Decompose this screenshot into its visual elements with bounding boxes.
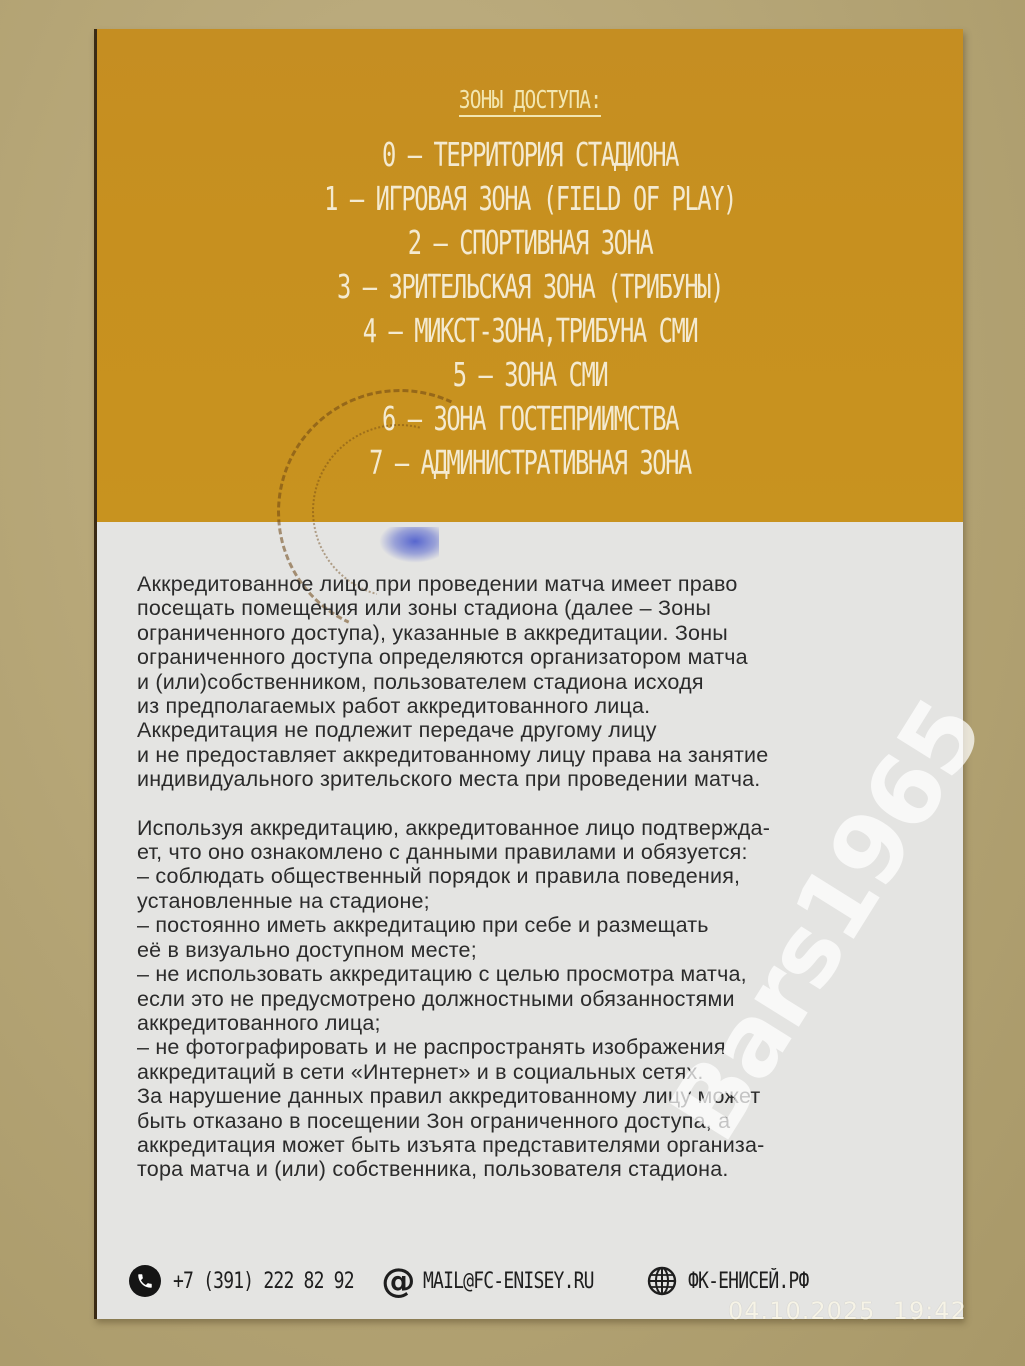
zones-title: ЗОНЫ ДОСТУПА: xyxy=(192,85,867,114)
contact-email: @ MAIL@FC-ENISEY.RU xyxy=(381,1264,631,1298)
accreditation-card: ЗОНЫ ДОСТУПА: 0 – ТЕРРИТОРИЯ СТАДИОНА 1 … xyxy=(94,29,963,1319)
zones-title-text: ЗОНЫ ДОСТУПА: xyxy=(459,85,601,117)
access-zones-band: ЗОНЫ ДОСТУПА: 0 – ТЕРРИТОРИЯ СТАДИОНА 1 … xyxy=(97,29,963,522)
phone-number: +7 (391) 222 82 92 xyxy=(173,1269,354,1294)
zone-item-4: 4 – МИКСТ-ЗОНА,ТРИБУНА СМИ xyxy=(218,309,842,353)
photo-timestamp: 04.10.2025 19:42 xyxy=(728,1297,967,1325)
contact-phone: +7 (391) 222 82 92 xyxy=(129,1265,393,1297)
contact-footer: +7 (391) 222 82 92 @ MAIL@FC-ENISEY.RU Ф… xyxy=(129,1261,949,1301)
contact-website: ФК-ЕНИСЕЙ.РФ xyxy=(646,1265,835,1297)
zone-item-0: 0 – ТЕРРИТОРИЯ СТАДИОНА xyxy=(218,133,842,177)
globe-icon xyxy=(646,1265,678,1297)
zones-list: 0 – ТЕРРИТОРИЯ СТАДИОНА 1 – ИГРОВАЯ ЗОНА… xyxy=(97,133,963,485)
at-icon: @ xyxy=(381,1264,415,1298)
zone-item-1: 1 – ИГРОВАЯ ЗОНА (FIELD OF PLAY) xyxy=(218,177,842,221)
email-address: MAIL@FC-ENISEY.RU xyxy=(423,1269,594,1294)
zone-item-5: 5 – ЗОНА СМИ xyxy=(218,353,842,397)
zone-item-2: 2 – СПОРТИВНАЯ ЗОНА xyxy=(218,221,842,265)
phone-icon xyxy=(129,1265,161,1297)
website-url: ФК-ЕНИСЕЙ.РФ xyxy=(688,1269,809,1294)
rules-paragraph-1: Аккредитованное лицо при проведении матч… xyxy=(137,572,937,792)
blue-ink-blot xyxy=(379,527,439,563)
zone-item-3: 3 – ЗРИТЕЛЬСКАЯ ЗОНА (ТРИБУНЫ) xyxy=(218,265,842,309)
